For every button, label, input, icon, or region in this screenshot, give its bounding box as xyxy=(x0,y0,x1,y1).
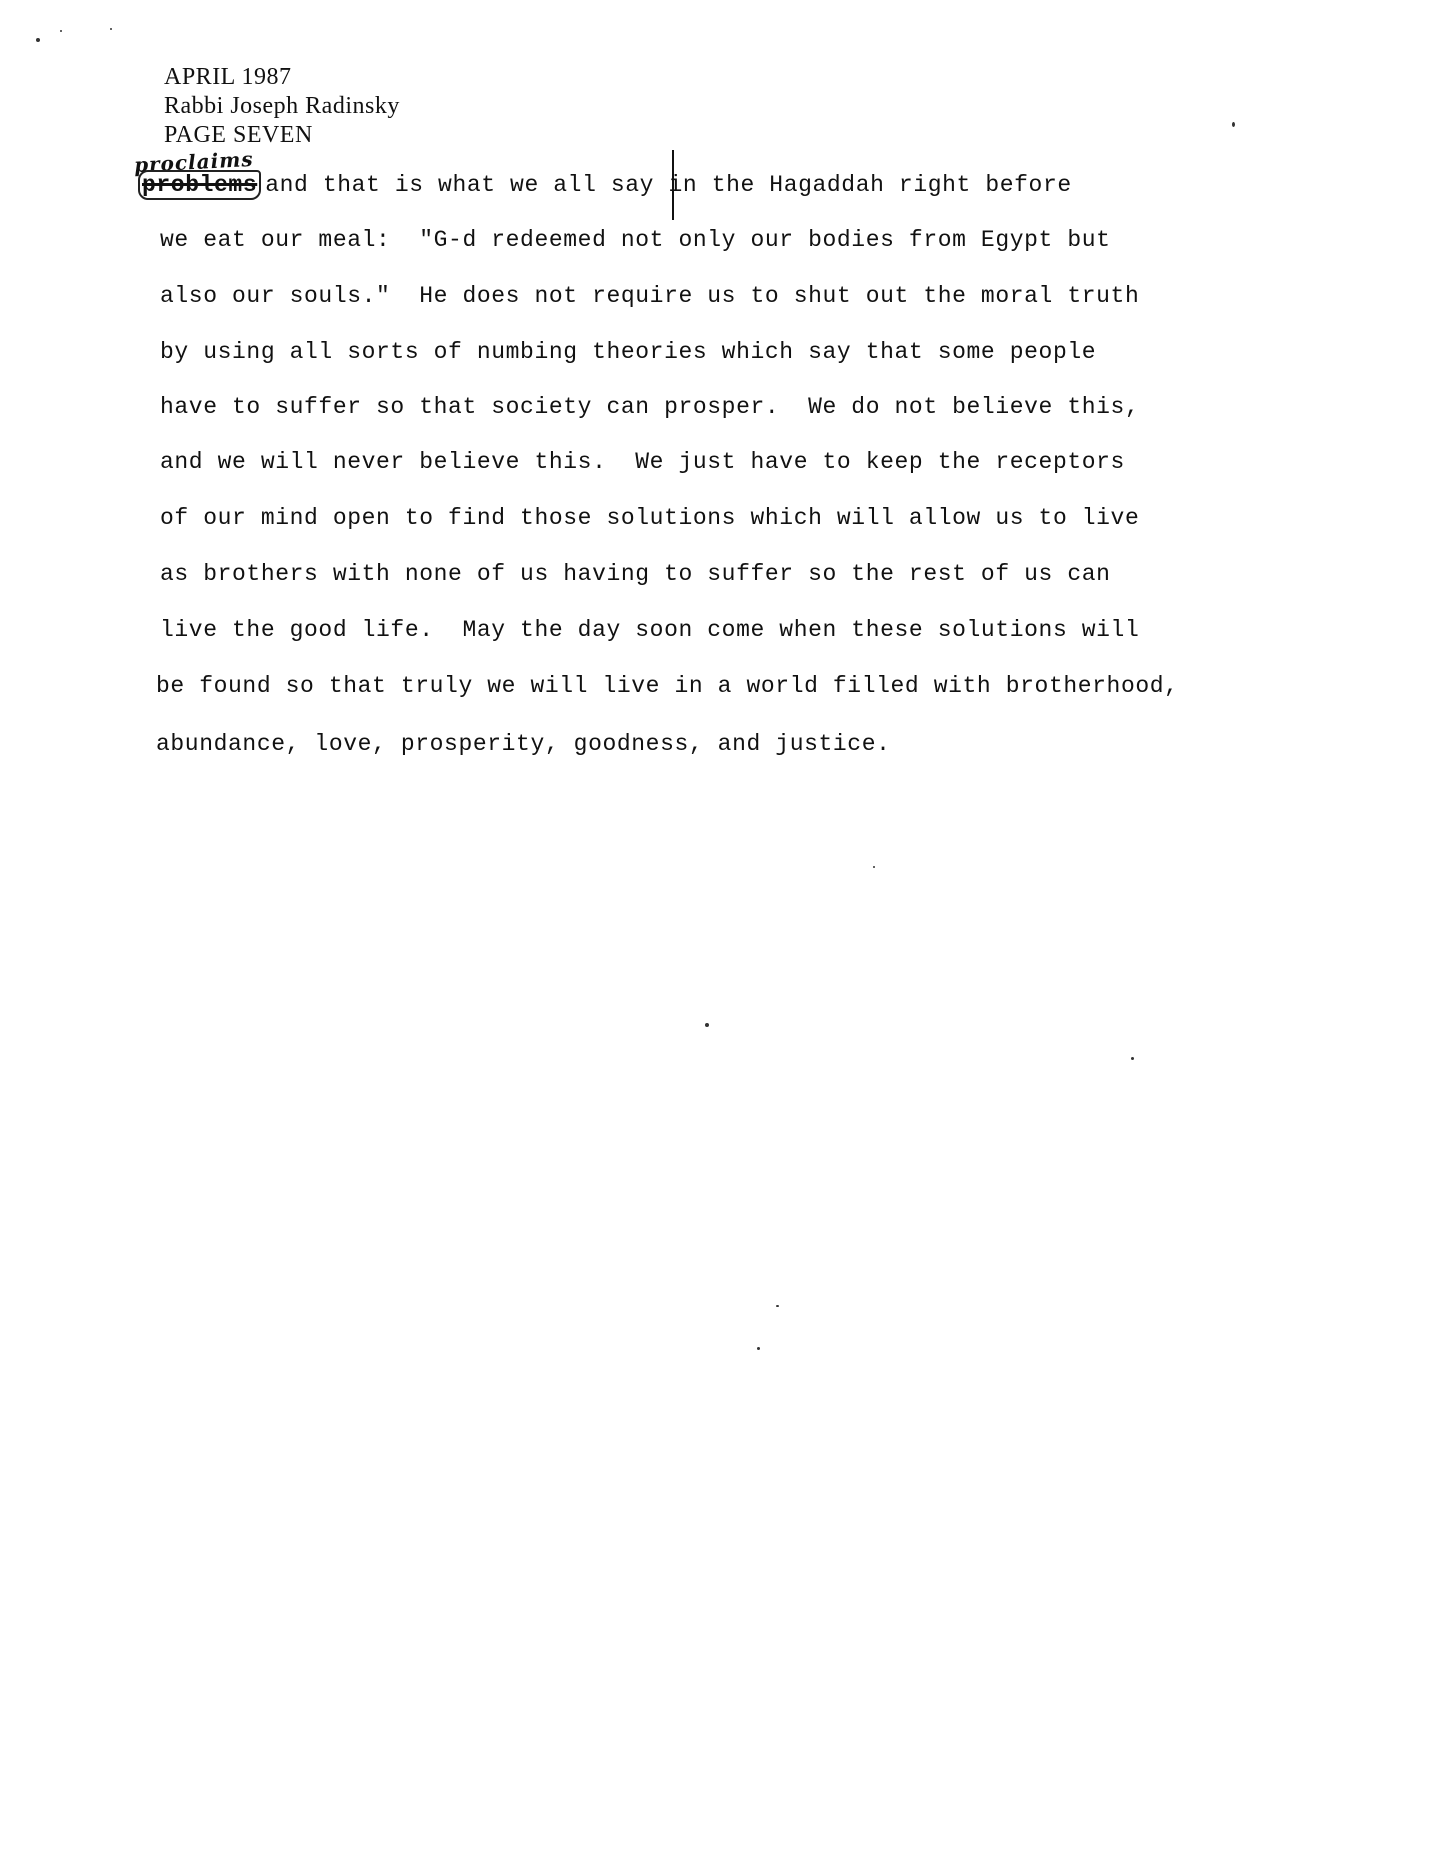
body-line-1-text: and that is what we all say in the Hagad… xyxy=(265,172,1072,198)
header-page-number: PAGE SEVEN xyxy=(164,122,313,149)
scan-speck xyxy=(873,866,875,868)
body-line-8: as brothers with none of us having to su… xyxy=(160,561,1111,587)
scan-speck xyxy=(1131,1057,1134,1060)
body-line-3: also our souls." He does not require us … xyxy=(160,283,1139,309)
insertion-caret-mark xyxy=(672,150,674,220)
body-line-2: we eat our meal: "G-d redeemed not only … xyxy=(160,227,1111,253)
scan-speck xyxy=(705,1023,709,1027)
body-line-1: problemsand that is what we all say in t… xyxy=(138,170,1072,200)
scan-speck xyxy=(757,1347,760,1350)
scan-speck xyxy=(36,38,40,42)
header-date: APRIL 1987 xyxy=(164,64,291,91)
scan-speck xyxy=(1232,122,1235,127)
body-line-11: abundance, love, prosperity, goodness, a… xyxy=(156,731,891,757)
scan-speck xyxy=(776,1305,779,1307)
scan-speck xyxy=(110,28,112,30)
body-line-9: live the good life. May the day soon com… xyxy=(160,617,1139,643)
body-line-6: and we will never believe this. We just … xyxy=(160,449,1125,475)
body-line-10: be found so that truly we will live in a… xyxy=(156,673,1179,699)
struck-word: problems xyxy=(138,170,261,200)
body-line-7: of our mind open to find those solutions… xyxy=(160,505,1139,531)
header-author: Rabbi Joseph Radinsky xyxy=(164,93,400,120)
body-line-4: by using all sorts of numbing theories w… xyxy=(160,339,1096,365)
scan-speck xyxy=(60,30,62,32)
body-line-5: have to suffer so that society can prosp… xyxy=(160,394,1139,420)
document-page: APRIL 1987 Rabbi Joseph Radinsky PAGE SE… xyxy=(0,0,1430,1851)
